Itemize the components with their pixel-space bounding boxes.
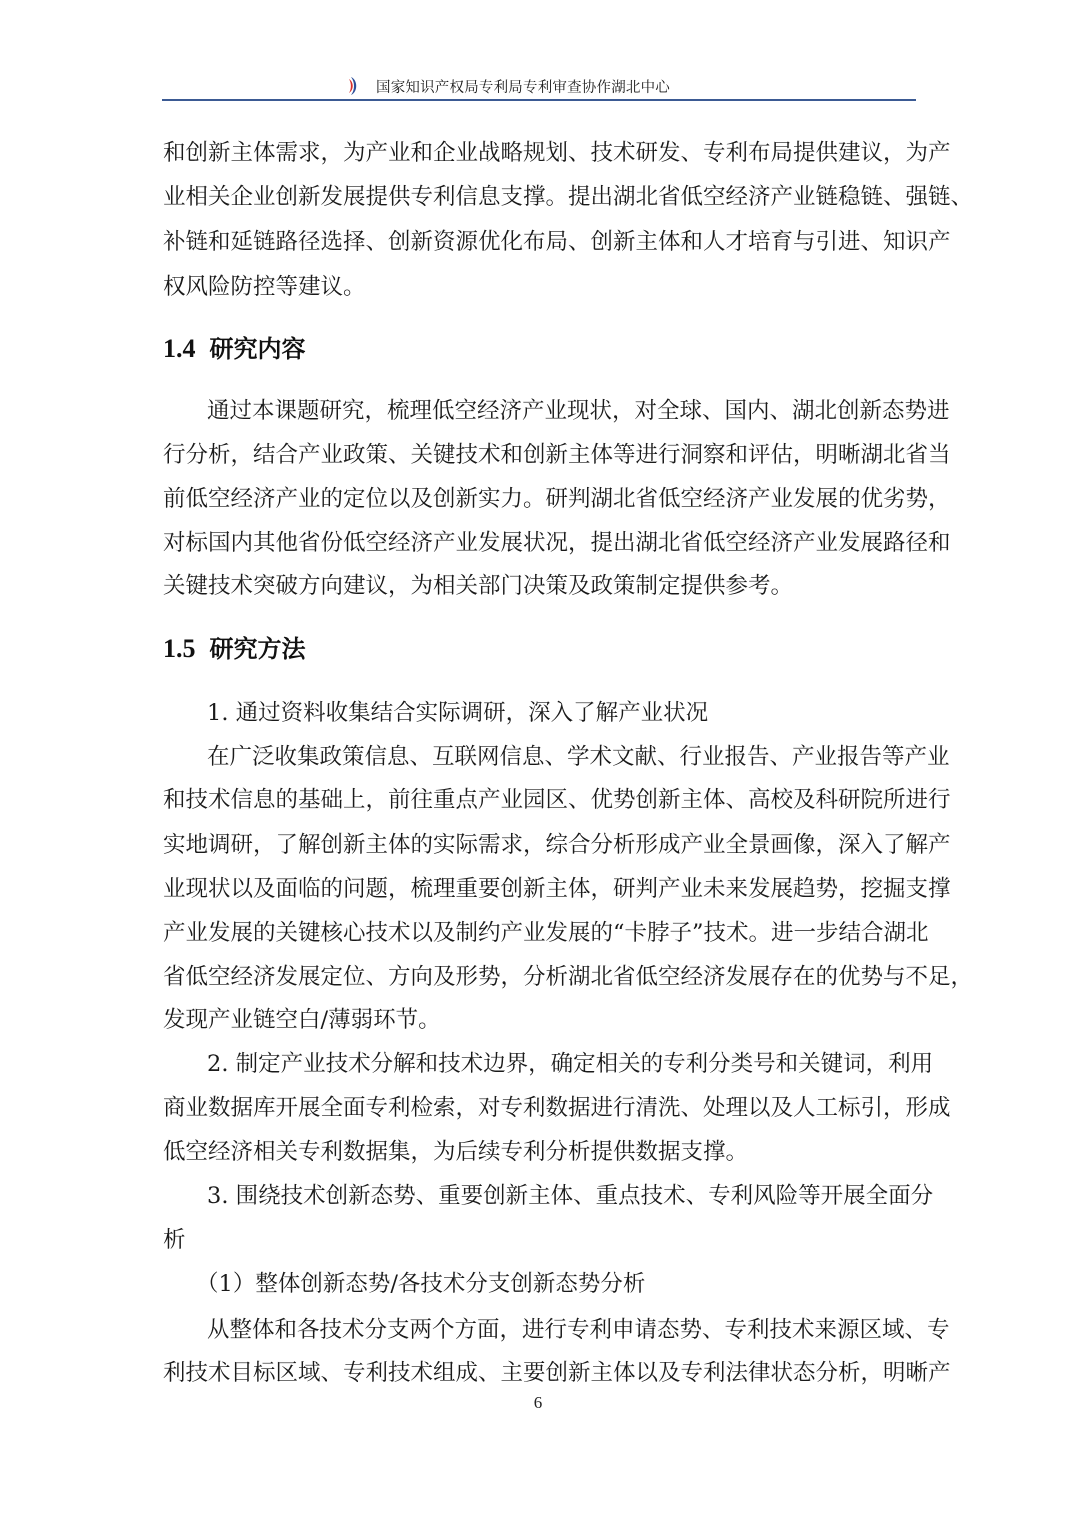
body-text-line: 在广泛收集政策信息、互联网信息、学术文献、行业报告、产业报告等产业 xyxy=(207,742,911,772)
page-header: 国家知识产权局专利局专利审查协作湖北中心 xyxy=(162,72,916,102)
body-text-line: 通过本课题研究，梳理低空经济产业现状，对全球、国内、湖北创新态势进 xyxy=(207,396,911,426)
section-number: 1.4 xyxy=(163,334,196,363)
page-number: 6 xyxy=(530,1392,546,1414)
body-text-line: 业现状以及面临的问题，梳理重要创新主体，研判产业未来发展趋势，挖掘支撑 xyxy=(163,874,911,904)
body-text-line: 补链和延链路径选择、创新资源优化布局、创新主体和人才培育与引进、知识产 xyxy=(163,227,911,257)
body-text-line: 和技术信息的基础上，前往重点产业园区、优势创新主体、高校及科研院所进行 xyxy=(163,785,911,815)
body-text-line: 发现产业链空白/薄弱环节。 xyxy=(163,1005,911,1035)
subsection-title: （1）整体创新态势/各技术分支创新态势分析 xyxy=(196,1269,911,1299)
section-heading-1-4: 1.4研究内容 xyxy=(163,333,306,365)
body-text-line: 关键技术突破方向建议，为相关部门决策及政策制定提供参考。 xyxy=(163,571,911,601)
body-text-line: 权风险防控等建议。 xyxy=(163,272,911,302)
list-item-text: 2. 制定产业技术分解和技术边界，确定相关的专利分类号和关键词，利用 xyxy=(207,1049,911,1079)
header-title: 国家知识产权局专利局专利审查协作湖北中心 xyxy=(376,76,670,97)
body-text-line: 和创新主体需求，为产业和企业战略规划、技术研发、专利布局提供建议，为产 xyxy=(163,138,911,168)
body-text-line: 产业发展的关键核心技术以及制约产业发展的“卡脖子”技术。进一步结合湖北 xyxy=(163,918,911,948)
body-text-line: 实地调研，了解创新主体的实际需求，综合分析形成产业全景画像，深入了解产 xyxy=(163,830,911,860)
body-text-line: 业相关企业创新发展提供专利信息支撑。提出湖北省低空经济产业链稳链、强链、 xyxy=(163,182,911,212)
body-text-line: 商业数据库开展全面专利检索，对专利数据进行清洗、处理以及人工标引，形成 xyxy=(163,1093,911,1123)
list-item-title: 1. 通过资料收集结合实际调研，深入了解产业状况 xyxy=(207,698,911,728)
body-text-line: 行分析，结合产业政策、关键技术和创新主体等进行洞察和评估，明晰湖北省当 xyxy=(163,440,911,470)
section-title: 研究内容 xyxy=(210,335,306,363)
section-number: 1.5 xyxy=(163,634,196,663)
header-divider xyxy=(162,99,916,101)
organization-logo-icon xyxy=(346,76,362,96)
section-title: 研究方法 xyxy=(210,635,306,663)
list-item-text: 3. 围绕技术创新态势、重要创新主体、重点技术、专利风险等开展全面分 xyxy=(207,1181,911,1211)
body-text-line: 利技术目标区域、专利技术组成、主要创新主体以及专利法律状态分析，明晰产 xyxy=(163,1358,911,1388)
body-text-line: 前低空经济产业的定位以及创新实力。研判湖北省低空经济产业发展的优劣势， xyxy=(163,484,911,514)
body-text-line: 析 xyxy=(163,1225,911,1255)
body-text-line: 从整体和各技术分支两个方面，进行专利申请态势、专利技术来源区域、专 xyxy=(207,1315,911,1345)
section-heading-1-5: 1.5研究方法 xyxy=(163,633,306,665)
header-brand: 国家知识产权局专利局专利审查协作湖北中心 xyxy=(346,74,670,98)
body-text-line: 低空经济相关专利数据集，为后续专利分析提供数据支撑。 xyxy=(163,1137,911,1167)
body-text-line: 对标国内其他省份低空经济产业发展状况，提出湖北省低空经济产业发展路径和 xyxy=(163,528,911,558)
body-text-line: 省低空经济发展定位、方向及形势，分析湖北省低空经济发展存在的优势与不足， xyxy=(163,962,911,992)
